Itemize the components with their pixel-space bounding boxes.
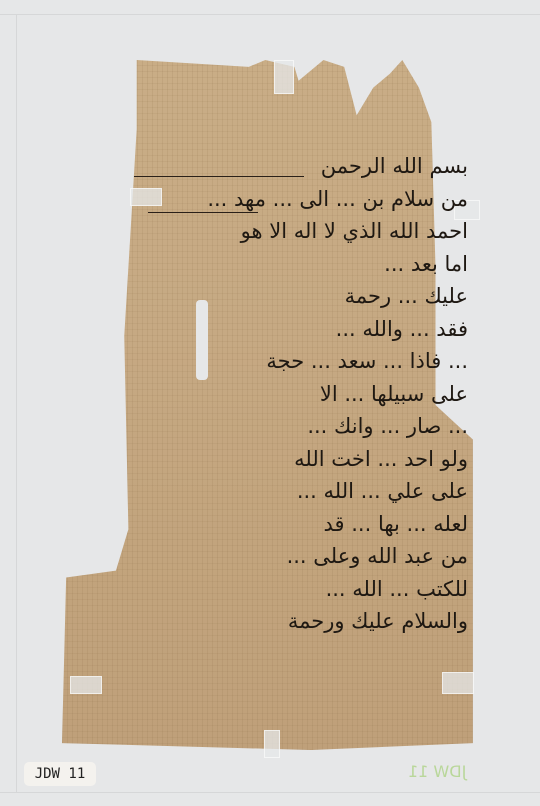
manuscript-line: ... فاذا ... سعد ... حجة	[128, 345, 468, 378]
mounting-tape	[70, 676, 102, 694]
mounting-tape	[442, 672, 474, 694]
mirrored-label-reflection: JDW 11	[408, 762, 466, 781]
manuscript-line: على سبيلها ... الا	[128, 378, 468, 411]
manuscript-line: عليك ... رحمة	[128, 280, 468, 313]
manuscript-line: ... صار ... وانك ...	[128, 410, 468, 443]
glass-frame-left-edge	[16, 14, 17, 792]
specimen-label: JDW 11	[24, 762, 96, 786]
manuscript-line: فقد ... والله ...	[128, 313, 468, 346]
manuscript-line: لعله ... بها ... قد	[128, 508, 468, 541]
manuscript-line: بسم الله الرحمن	[128, 150, 468, 183]
manuscript-line: من عبد الله وعلى ...	[128, 540, 468, 573]
glass-frame-bottom-edge	[0, 792, 540, 793]
mounting-tape	[264, 730, 280, 758]
manuscript-line: على علي ... الله ...	[128, 475, 468, 508]
manuscript-line: احمد الله الذي لا اله الا هو	[128, 215, 468, 248]
manuscript-line: اما بعد ...	[128, 248, 468, 281]
manuscript-line: والسلام عليك ورحمة	[128, 605, 468, 638]
arabic-manuscript-text: بسم الله الرحمن من سلام بن ... الى ... م…	[128, 150, 468, 638]
mounting-tape	[274, 60, 294, 94]
manuscript-line: ولو احد ... اخت الله	[128, 443, 468, 476]
glass-frame-top-edge	[0, 14, 540, 15]
manuscript-line: من سلام بن ... الى ... مهد ...	[128, 183, 468, 216]
manuscript-line: للكتب ... الله ...	[128, 573, 468, 606]
